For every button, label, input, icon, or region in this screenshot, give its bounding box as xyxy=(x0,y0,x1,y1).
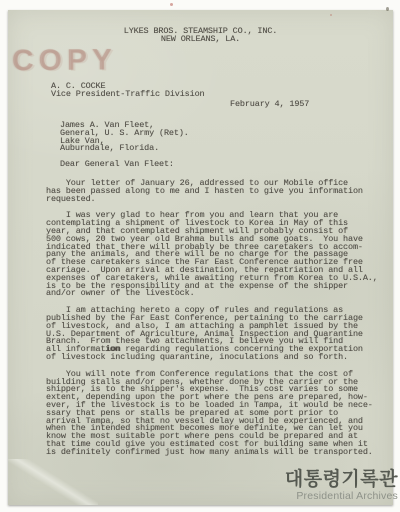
salutation: Dear General Van Fleet: xyxy=(60,161,174,169)
sender-block: A. C. COCKE Vice President-Traffic Divis… xyxy=(51,83,204,99)
sender-title: Vice President-Traffic Division xyxy=(51,91,204,99)
watermark-korean-text: 대통령기록관 xyxy=(285,470,398,489)
archives-watermark: 대통령기록관 Presidential Archives xyxy=(285,470,398,502)
paper-speck xyxy=(386,7,389,11)
copy-stamp: COPY xyxy=(12,46,117,76)
paper-speck xyxy=(170,3,173,6)
paper-fold-crease xyxy=(8,459,98,505)
body-paragraph-4: You will note from Conference regulation… xyxy=(46,371,394,457)
document-page: COPY LYKES BROS. STEAMSHIP CO., INC. NEW… xyxy=(8,10,393,505)
letterhead: LYKES BROS. STEAMSHIP CO., INC. NEW ORLE… xyxy=(8,28,393,44)
body-paragraph-2: I was very glad to hear from you and lea… xyxy=(46,212,394,298)
paper-speck xyxy=(330,14,332,16)
watermark-english-text: Presidential Archives xyxy=(285,491,398,502)
body-paragraph-1: Your letter of January 26, addressed to … xyxy=(46,180,394,203)
body-paragraph-3: I am attaching hereto a copy of rules an… xyxy=(46,307,394,362)
letter-body: Your letter of January 26, addressed to … xyxy=(46,180,394,457)
recipient-address: James A. Van Fleet, General, U. S. Army … xyxy=(60,122,189,153)
letter-date: February 4, 1957 xyxy=(230,101,309,109)
letterhead-city: NEW ORLEANS, LA. xyxy=(8,36,393,44)
